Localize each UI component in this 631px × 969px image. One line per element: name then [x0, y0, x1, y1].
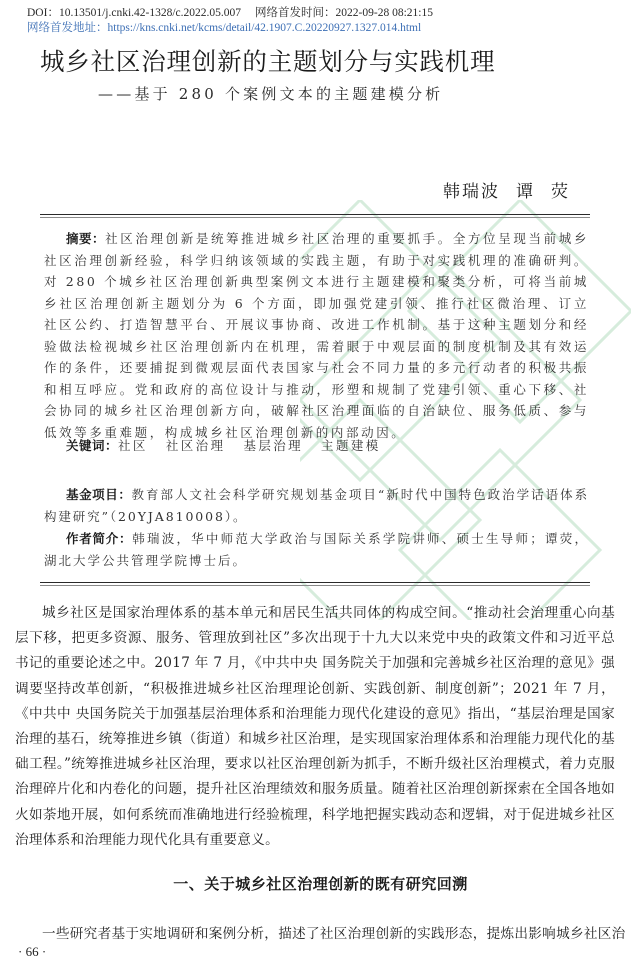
keyword-item: 社区治理: [166, 438, 226, 453]
abstract-text: 社区治理创新是统筹推进城乡社区治理的重要抓手。全方位呈现当前城乡社区治理创新经验…: [44, 231, 589, 440]
online-address-line: 网络首发地址：https://kns.cnki.net/kcms/detail/…: [27, 19, 421, 35]
keywords-block: 关键词：社区社区治理基层治理主题建模: [66, 436, 399, 454]
online-time-label: 网络首发时间：: [255, 7, 336, 19]
author-list: 韩瑞波谭荧: [443, 177, 570, 202]
body-paragraph-1: 城乡社区是国家治理体系的基本单元和居民生活共同体的构成空间。“推动社会治理重心向…: [15, 601, 615, 853]
keyword-item: 基层治理: [243, 438, 303, 453]
author-2-surname: 谭: [516, 182, 535, 202]
doi-value: 10.13501/j.cnki.42-1328/c.2022.05.007: [59, 7, 241, 19]
section-heading: 一、关于城乡社区治理创新的既有研究回溯: [0, 873, 631, 894]
keyword-item: 社区: [118, 438, 148, 453]
author-2-given: 荧: [551, 182, 570, 202]
article-title: 城乡社区治理创新的主题划分与实践机理: [40, 43, 495, 78]
author-bio-block: 作者简介：韩瑞波，华中师范大学政治与国际关系学院讲师、硕士生导师；谭荧，湖北大学…: [44, 528, 589, 571]
abstract-top-rule: [40, 214, 590, 218]
abstract-label: 摘要：: [66, 231, 105, 246]
page-number: · 66 ·: [18, 944, 46, 960]
body-paragraph-2: 一些研究者基于实地调研和案例分析，描述了社区治理创新的实践形态，提炼出影响城乡社…: [15, 922, 615, 946]
abstract-block: 摘要：社区治理创新是统筹推进城乡社区治理的重要抓手。全方位呈现当前城乡社区治理创…: [44, 228, 589, 443]
doi-line: DOI：10.13501/j.cnki.42-1328/c.2022.05.00…: [27, 4, 433, 20]
keyword-item: 主题建模: [321, 438, 381, 453]
fund-block: 基金项目：教育部人文社会科学研究规划基金项目“新时代中国特色政治学话语体系构建研…: [44, 484, 589, 527]
fund-label: 基金项目：: [66, 487, 131, 502]
doi-label: DOI：: [27, 7, 59, 19]
author-bio-label: 作者简介：: [66, 531, 132, 546]
keywords-label: 关键词：: [66, 438, 118, 453]
online-address-link[interactable]: https://kns.cnki.net/kcms/detail/42.1907…: [108, 22, 422, 34]
abstract-bottom-rule: [40, 582, 590, 586]
author-1: 韩瑞波: [443, 182, 500, 202]
online-time-value: 2022-09-28 08:21:15: [336, 7, 433, 19]
article-subtitle: ——基于 280 个案例文本的主题建模分析: [98, 83, 443, 104]
online-address-label: 网络首发地址：: [27, 22, 108, 34]
